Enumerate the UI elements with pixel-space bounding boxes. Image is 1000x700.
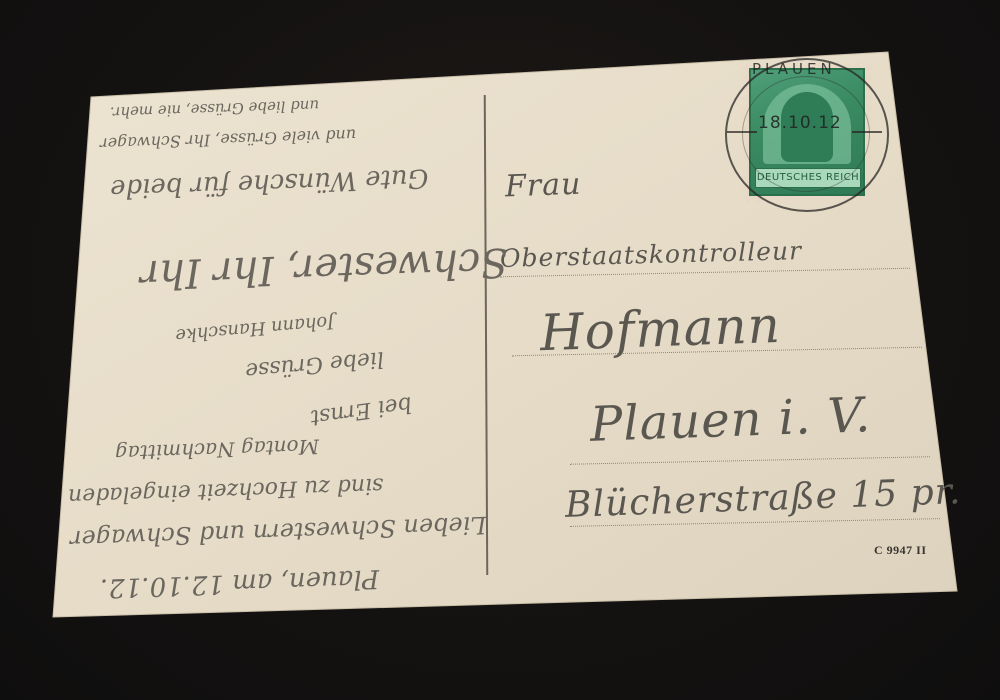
publisher-print-code: C 9947 II	[874, 543, 927, 558]
address-salutation: Frau	[504, 167, 582, 205]
address-name: Hofmann	[539, 296, 782, 362]
postmark-date: 18.10.12	[758, 113, 842, 133]
postmark-inner-ring	[742, 76, 870, 192]
postcard-photo: Frau Oberstaatskontrolleur Hofmann Plaue…	[0, 0, 1000, 700]
postmark-bar-right	[852, 131, 882, 133]
postmark-bar-left	[727, 131, 757, 133]
postmark-city: PLAUEN	[752, 60, 836, 78]
address-city: Plauen i. V.	[589, 387, 872, 453]
